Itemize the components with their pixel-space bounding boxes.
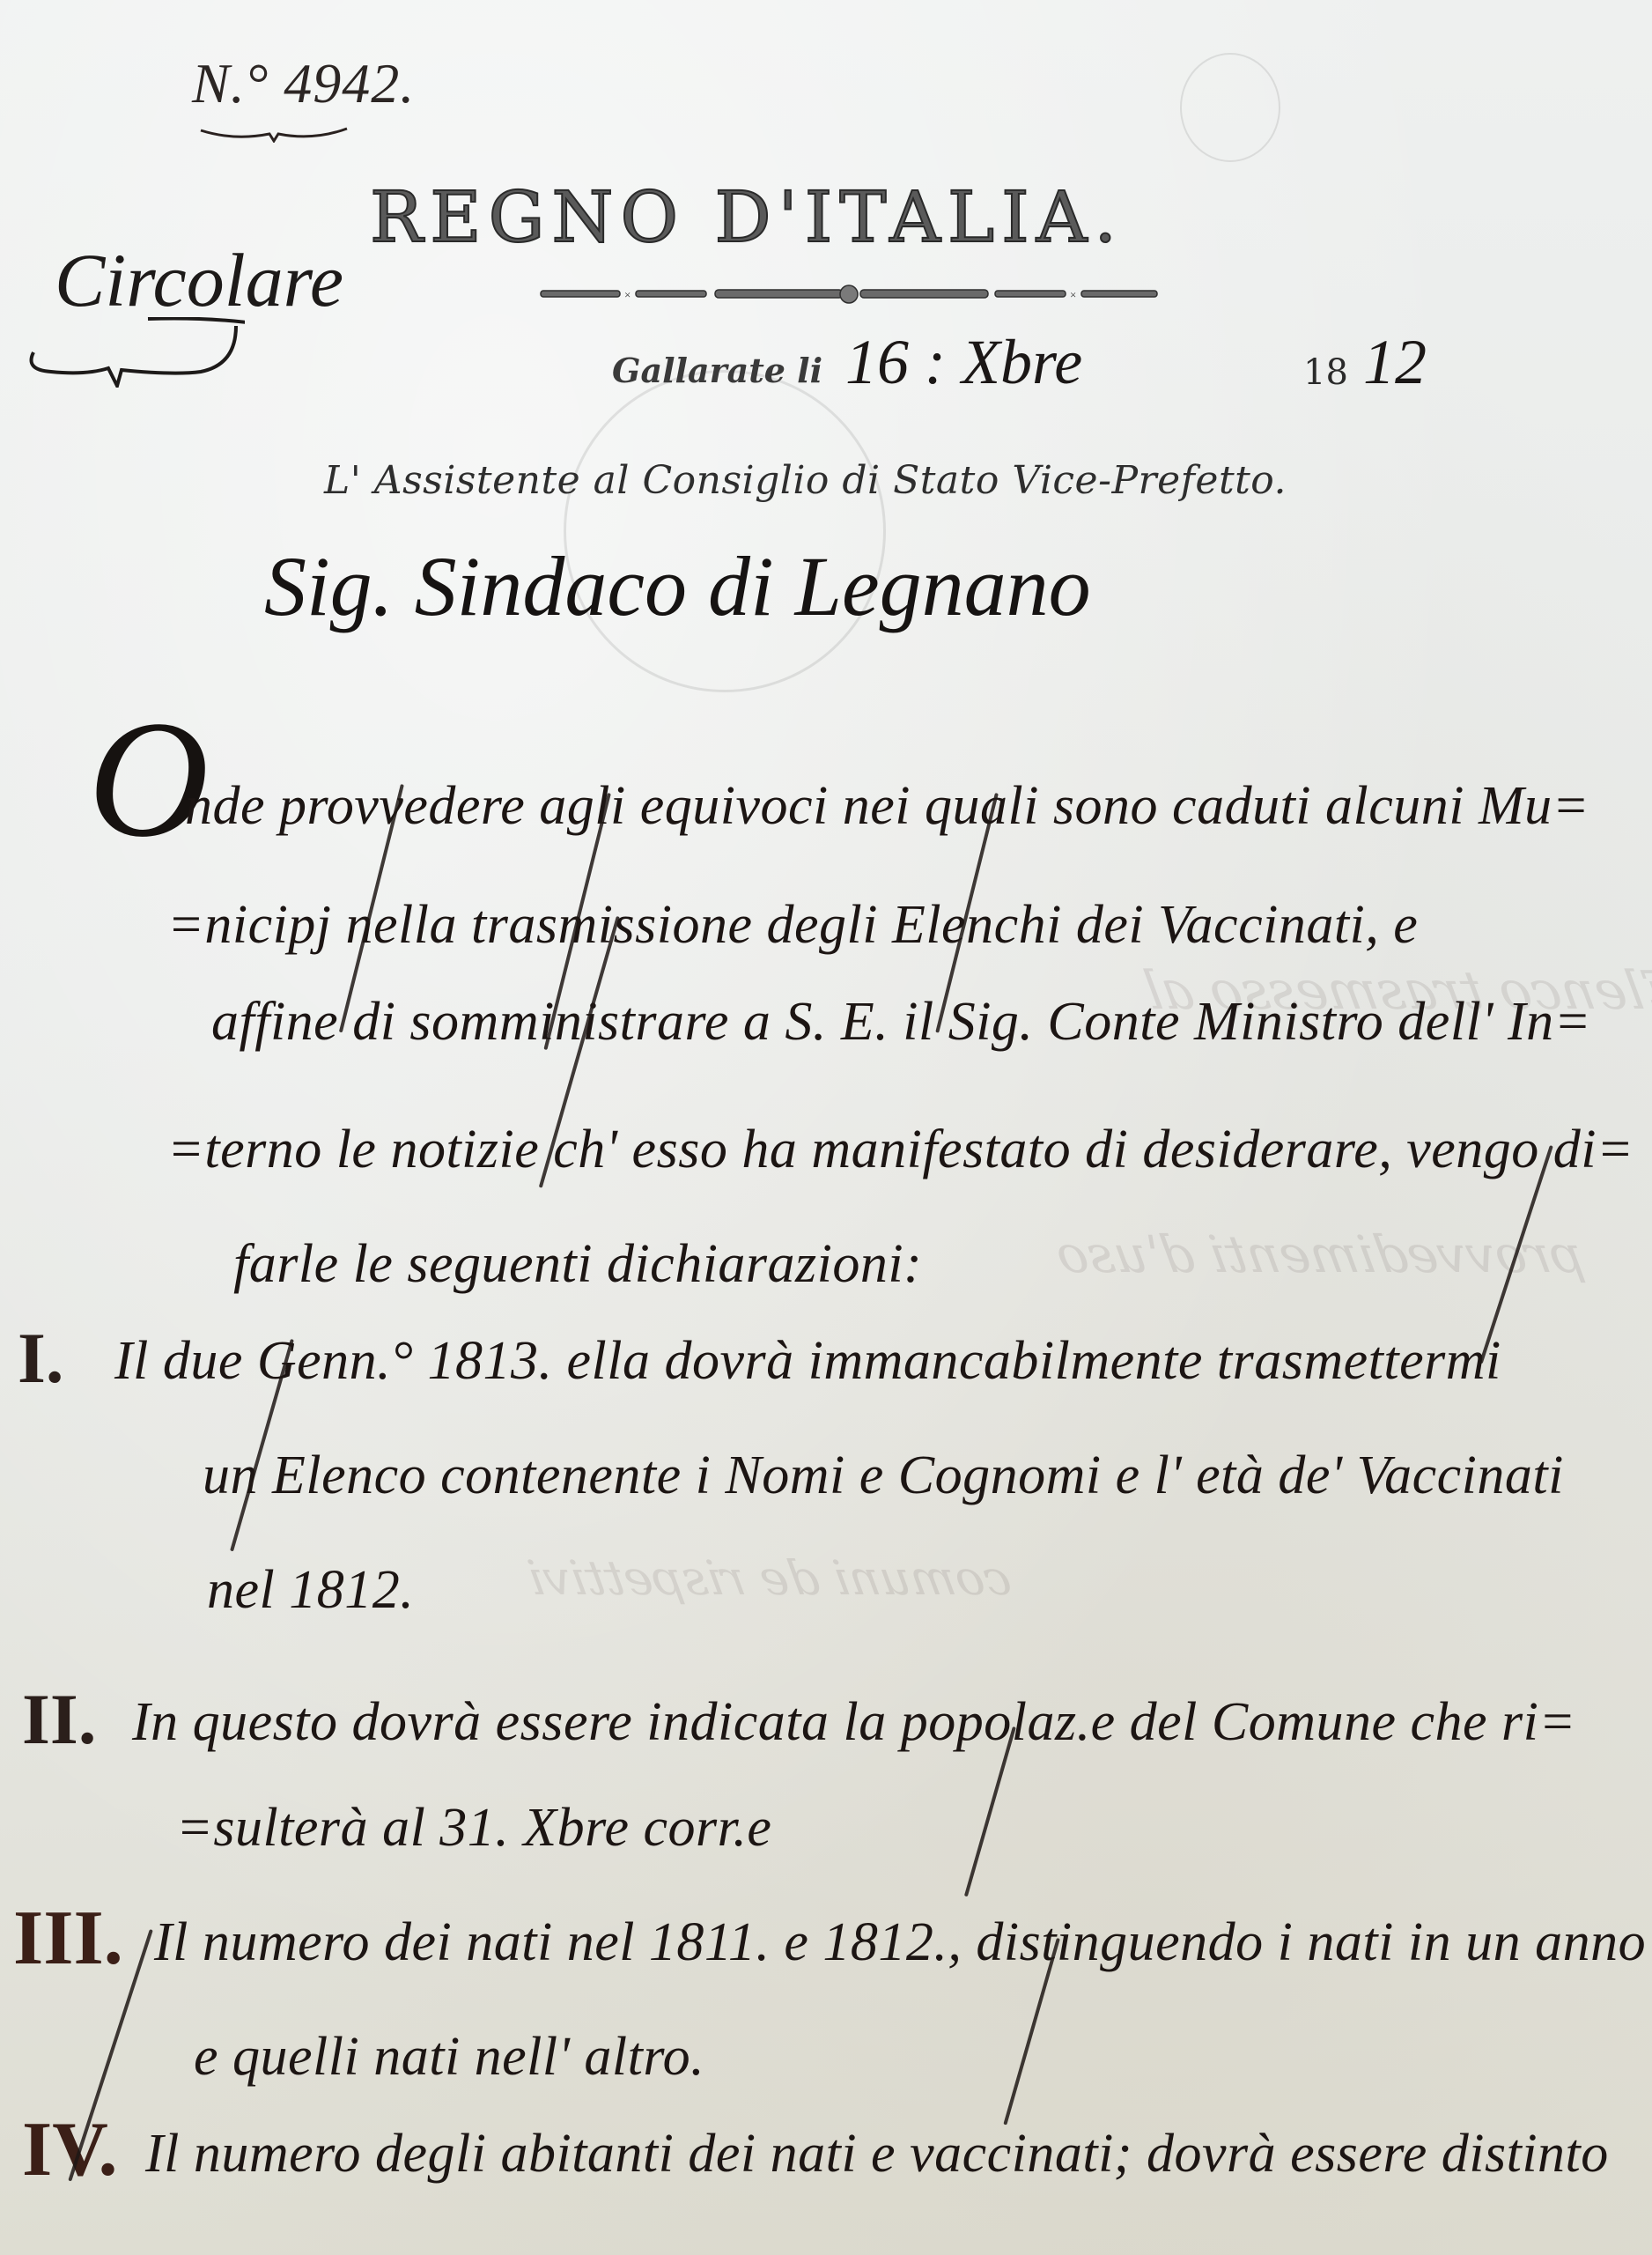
protocol-underline-brace [199,123,349,143]
intro-line: farle le seguenti dichiarazioni: [233,1233,922,1296]
ornamental-rule: × × [539,284,1159,305]
year-handwritten: 12 [1363,326,1427,399]
item-line: =sulterà al 31. Xbre corr.e [176,1797,771,1859]
item-numeral: I. [18,1317,63,1400]
item-line: nel 1812. [207,1559,414,1622]
faint-stamp-circle [564,370,886,692]
item-line: Il due Genn.° 1813. ella dovrà immancabi… [114,1330,1501,1393]
item-line: In questo dovrà essere indicata la popol… [132,1691,1576,1754]
item-numeral: III. [13,1894,123,1983]
addressee: Sig. Sindaco di Legnano [264,537,1091,635]
header-title: REGNO D'ITALIA. [370,176,1124,258]
item-line: e quelli nati nell' altro. [194,2026,704,2089]
date-handwritten: 16 : Xbre [845,326,1082,399]
intro-line: =terno le notizie ch' esso ha manifestat… [167,1119,1634,1181]
svg-text:×: × [1070,288,1076,301]
item-numeral: II. [22,1678,96,1761]
faint-stamp-circle-small [1180,53,1280,162]
year-printed-prefix: 18 [1303,352,1348,393]
sender-title: L' Assistente al Consiglio di Stato Vice… [324,458,1287,503]
item-line: un Elenco contenente i Nomi e Cognomi e … [203,1445,1564,1507]
intro-line: affine di somministrare a S. E. il Sig. … [211,991,1591,1054]
protocol-number: N.° 4942. [192,51,415,116]
circolare-flourish [25,317,245,388]
document-type-label: Circolare [55,236,343,324]
intro-line: =nicipj nella trasmissione degli Elenchi… [167,894,1418,957]
item-line: Il numero dei nati nel 1811. e 1812., di… [154,1911,1646,1974]
svg-text:×: × [624,288,631,301]
item-line: Il numero degli abitanti dei nati e vacc… [145,2123,1609,2185]
place-label: Gallarate li [612,351,822,390]
